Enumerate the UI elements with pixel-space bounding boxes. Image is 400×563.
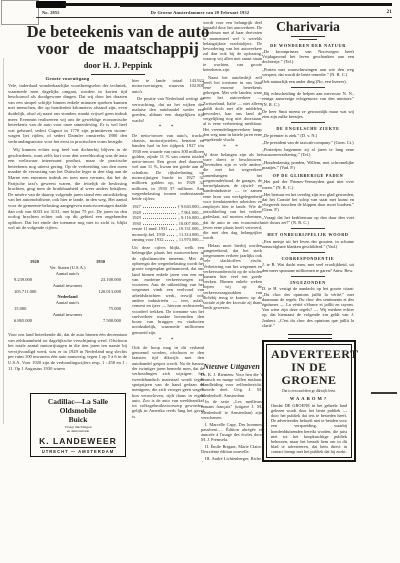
dotted-leader (143, 221, 174, 225)
paragraph: Uit deze cijfers blijkt, welk een belang… (132, 245, 204, 335)
page-number: 21 (387, 10, 392, 15)
dotted-leader (143, 204, 176, 208)
article-col-c: wordt voor een belangrijk deel bepaald d… (203, 20, 262, 358)
cadillac-ad-rule (40, 447, 116, 448)
charivaria-item-header: DE WONDEREN DER NATUUR (262, 43, 354, 48)
charivaria-item: DE WONDEREN DER NATUUR „De kroonprinses … (262, 43, 354, 65)
charivaria-item-text: „De premier is ziek.” (D. v. N.) (262, 133, 354, 138)
paragraph: Al deze belangen zijn als het ware direc… (203, 152, 262, 240)
article-kicker: Groote vooruitgang (8, 76, 127, 81)
quote-source: (Tel.) (301, 152, 311, 157)
charivaria-item: „De president van de taxicab-company.” (… (262, 140, 354, 145)
tax-year: raming voor 1932 (132, 237, 163, 243)
charivaria-item: Ook natuurlijk een ander ding (No, een l… (262, 79, 354, 84)
charivaria-item-text: D. te H. vestigt de aandacht op het groo… (262, 286, 354, 328)
paragraph: Vele, inderdaad wonderbaarlijke voortbre… (8, 83, 127, 145)
quote-source: (Gem. P.) (262, 207, 279, 212)
charivaria-item: „Vraagt dat het kerkbestuur op den duur … (262, 215, 354, 225)
tax-row: raming voor 1932„ 11.970.000,— (132, 237, 204, 243)
charivaria-item-text: J. te B. Wat dacht men, met veel vroolij… (262, 262, 354, 272)
cell: 105.711.000 (14, 289, 36, 295)
quote-text: „De kroonprinses van Noorwegen heeft Vri… (262, 49, 354, 64)
book-entry: In de serie „Les meilleurs romans frança… (201, 399, 262, 420)
quote-text: „Bij echtscheiding de helpen aan mevrouw… (262, 91, 354, 101)
section-separator: * * (203, 145, 262, 150)
charivaria-item: „Posten met waarschuwingen aan wie den w… (262, 67, 354, 77)
quote-source: (N. R. C.) (291, 220, 308, 225)
paragraph: Helaas moet hierbij worden aangeteekend,… (203, 243, 262, 311)
cell: 6.865.000 (14, 318, 32, 324)
quote-source: (N. R. C.) (276, 185, 293, 190)
cell: 15.000 (14, 306, 26, 312)
quote-text: Ook natuurlijk een ander ding (No, een l… (262, 79, 347, 84)
quote-text: De heer Smit noemt ze gewoonlijk maar wa… (262, 109, 354, 119)
cell: 75.000 (109, 306, 121, 312)
dotted-leader (143, 215, 176, 219)
double-divider (288, 334, 332, 339)
charivaria-item: De heer Smit noemt ze gewoonlijk maar wa… (262, 109, 354, 119)
charivaria-item-header: DE ENGELSCHE ZIEKTE (262, 126, 354, 131)
quote-source: (N. R. C.) (262, 102, 279, 107)
book-entry: Dr. K. J. Riemens: Voor hen die 't Frans… (201, 372, 262, 398)
groene-ad-inner: ADVERTEERT IN DE GROENE Dat is een raad … (266, 344, 352, 458)
quote-text: „De president van de taxicab-company.” (262, 140, 333, 145)
charivaria-item-text: „Vraagt dat het kerkbestuur op den duur … (262, 215, 354, 225)
quote-text: „Het bestuur en het overleg zijn zoo gla… (262, 192, 354, 207)
cadillac-ad: Cadillac—La Salle Oldsmobile Buick Vraag… (30, 393, 126, 457)
charivaria-item: „Honderdzestig ponden, Willem, met schro… (262, 160, 354, 170)
cell: 9.239.000 (14, 277, 32, 283)
cadillac-ad-line3: Buick (31, 415, 125, 424)
header-rule (36, 17, 392, 18)
paragraph: De positie van Nederland wettigt de verw… (132, 96, 204, 122)
paragraph: Wij kunnen echter nog heel wat dichterbi… (8, 147, 127, 231)
ink-blob-artifact (36, 1, 66, 8)
groene-ad-line2: IN DE GROENE (271, 361, 347, 387)
cadillac-dealer-name: K. LANDEWEER (31, 436, 125, 446)
quote-source: (Tel.) (284, 59, 294, 64)
charivaria-item-text: De heer Smit noemt ze gewoonlijk maar wa… (262, 109, 354, 119)
groene-ad-why: WAAROM? (271, 396, 347, 401)
cadillac-ad-line2: Oldsmobile (31, 406, 125, 415)
year-1920: 1920 (30, 259, 39, 265)
charivaria-item-header: HET ONBEGRIJPELIJK WOORD (262, 232, 354, 237)
tax-table: 1927ƒ 9.043.000,— 1928„ 7.961.000,— 1929… (132, 204, 204, 243)
charivaria-item: CORRESPONDENTIE J. te B. Wat dacht men, … (262, 256, 354, 273)
charivaria-item-text: „De president van de taxicab-company.” (… (262, 140, 354, 145)
charivaria-item: „Bij echtscheiding de helpen aan mevrouw… (262, 91, 354, 107)
charivaria-item-text: „De kroonprinses van Noorwegen heeft Vri… (262, 49, 354, 65)
item-divider (291, 122, 325, 123)
byline: door H. J. Peppink (10, 60, 226, 70)
quote-text: J. te B. Wat dacht men, met veel vroolij… (262, 262, 354, 272)
charivaria-column: Charivaria DE WONDEREN DER NATUUR „De kr… (262, 20, 354, 332)
book-entry: I. Marcelle Capy, Des hommes passèrent….… (201, 422, 262, 443)
charivaria-item-text: „Het bestuur en het overleg zijn zoo gla… (262, 192, 354, 213)
cell: 120.013.000 (99, 289, 122, 295)
dotted-leader (169, 226, 173, 230)
charivaria-item-text: „Een meisje uit het leven der grooten, i… (262, 239, 354, 249)
item-divider (291, 87, 325, 88)
table-row: 6.865.000 7.500.000 (8, 318, 127, 324)
charivaria-item: HET ONBEGRIJPELIJK WOORD „Een meisje uit… (262, 232, 354, 249)
quote-text: D. te H. vestigt de aandacht op het groo… (262, 286, 354, 327)
article-col-b: hier te lande totaal 143.922 motorvoertu… (132, 78, 204, 456)
section-separator: * * (132, 338, 204, 343)
quote-source: (D. v. N.) (300, 133, 317, 138)
charivaria-item: DE ENGELSCHE ZIEKTE „De premier is ziek.… (262, 126, 354, 138)
charivaria-item: INGEZONDEN D. te H. vestigt de aandacht … (262, 280, 354, 328)
paragraph: Naast het autobedrijf zelf heeft het toe… (203, 75, 262, 143)
masthead: De Groene Amsterdammer van 20 Februari 1… (0, 10, 400, 15)
charivaria-item-text: „Het pad der Prinses-Vermeyden gaat niet… (262, 179, 354, 189)
paragraph: hier te lande totaal 143.922 motorvoertu… (132, 78, 204, 94)
paragraph: wordt voor een belangrijk deel bepaald d… (203, 20, 262, 72)
quote-text: „Honderdzestig ponden, Willem, met schro… (262, 160, 354, 170)
item-divider (291, 252, 325, 253)
charivaria-item: „Het bestuur en het overleg zijn zoo gla… (262, 192, 354, 213)
headline-line2: voor de maatschappij (10, 40, 226, 57)
scan-edge-line (3, 58, 4, 424)
headline-line1: De beteekenis van de auto (10, 23, 226, 40)
charivaria-item: OP DE GLIBBERIGE PADEN „Het pad der Prin… (262, 173, 354, 190)
dotted-leader (167, 232, 174, 236)
new-releases-title: Nieuwe Uitgaven (201, 364, 262, 369)
charivaria-item-text: „Bij echtscheiding de helpen aan mevrouw… (262, 91, 354, 107)
charivaria-item-header: CORRESPONDENTIE (262, 256, 354, 261)
quote-source: (Vad.) (326, 244, 337, 249)
byline-rule (91, 74, 145, 75)
dotted-leader (143, 210, 176, 214)
cell: 7.500.000 (103, 318, 121, 324)
groene-ad-body: Omdat DE GROENE in het geheele land gele… (271, 403, 347, 455)
newspaper-page: No. 2855 De Groene Amsterdammer van 20 F… (0, 0, 400, 563)
paragraph: Voor ons land beteekende dit, dat de aut… (8, 332, 127, 371)
charivaria-item-text: „Honderdzestig ponden, Willem, met schro… (262, 160, 354, 170)
cadillac-ad-small2: en demonstratie (31, 429, 125, 433)
charivaria-item-text: Ook natuurlijk een ander ding (No, een l… (262, 79, 354, 84)
item-divider (291, 276, 325, 277)
quote-text: „De premier is ziek.” (262, 133, 299, 138)
cadillac-ad-line1: Cadillac—La Salle (31, 397, 125, 406)
quote-source: (Gron. Ct.) (334, 140, 353, 145)
ornament-rule (299, 39, 317, 40)
charivaria-item-text: „Posten met waarschuwingen aan wie den w… (262, 67, 354, 77)
scan-dash-artifact (371, 392, 397, 394)
ink-band-artifact-thin (120, 6, 320, 7)
charivaria-item-header: INGEZONDEN (262, 280, 354, 285)
article-col-a: Vele, inderdaad wonderbaarlijke voortbre… (8, 83, 127, 256)
year-1930: 1930 (96, 259, 105, 265)
dotted-leader (165, 237, 173, 241)
book-entry: II. Émile Brigant, Marie Claire. Deuxièm… (201, 444, 262, 454)
article-headline: De beteekenis van de auto voor de maatsc… (10, 23, 226, 75)
paragraph: De netto-invoer van auto's, trucks, chas… (132, 133, 204, 202)
charivaria-title: Charivaria (262, 20, 354, 34)
paragraph: Ook de hoop mag in dit verband genoemd w… (132, 345, 204, 419)
article-col-a-closing: Voor ons land beteekende dit, dat de aut… (8, 332, 127, 388)
tax-amount: „ 11.970.000,— (176, 237, 204, 243)
groene-ad-tagline: Dat is een raad dien ge dikwijls leest. (271, 389, 347, 394)
quote-source: (N. R. C.) (330, 72, 347, 77)
charivaria-item-text: „Posterijen begonnen zij al jaren te lan… (262, 147, 354, 157)
cadillac-cities: UTRECHT — AMSTERDAM (31, 449, 125, 454)
book-entry: III. André Lichtenberger, Biche. Édition… (201, 456, 262, 462)
section-separator: * * (132, 125, 204, 130)
statistics-table: 1920 1930 Ver. Staten (U.S.A.) Aantal au… (8, 259, 127, 324)
quote-source: (Vad. P.) (280, 165, 295, 170)
charivaria-item-header: OP DE GLIBBERIGE PADEN (262, 173, 354, 178)
charivaria-item: „Posterijen begonnen zij al jaren te lan… (262, 147, 354, 157)
groene-ad: ADVERTEERT IN DE GROENE Dat is een raad … (262, 340, 356, 462)
quote-text: „Een meisje uit het leven der grooten, i… (262, 239, 354, 249)
cell: 23.100.000 (101, 277, 121, 283)
ornament-rule (291, 36, 325, 37)
new-releases-section: Nieuwe Uitgaven Dr. K. J. Riemens: Voor … (201, 364, 262, 462)
item-divider (291, 228, 325, 229)
